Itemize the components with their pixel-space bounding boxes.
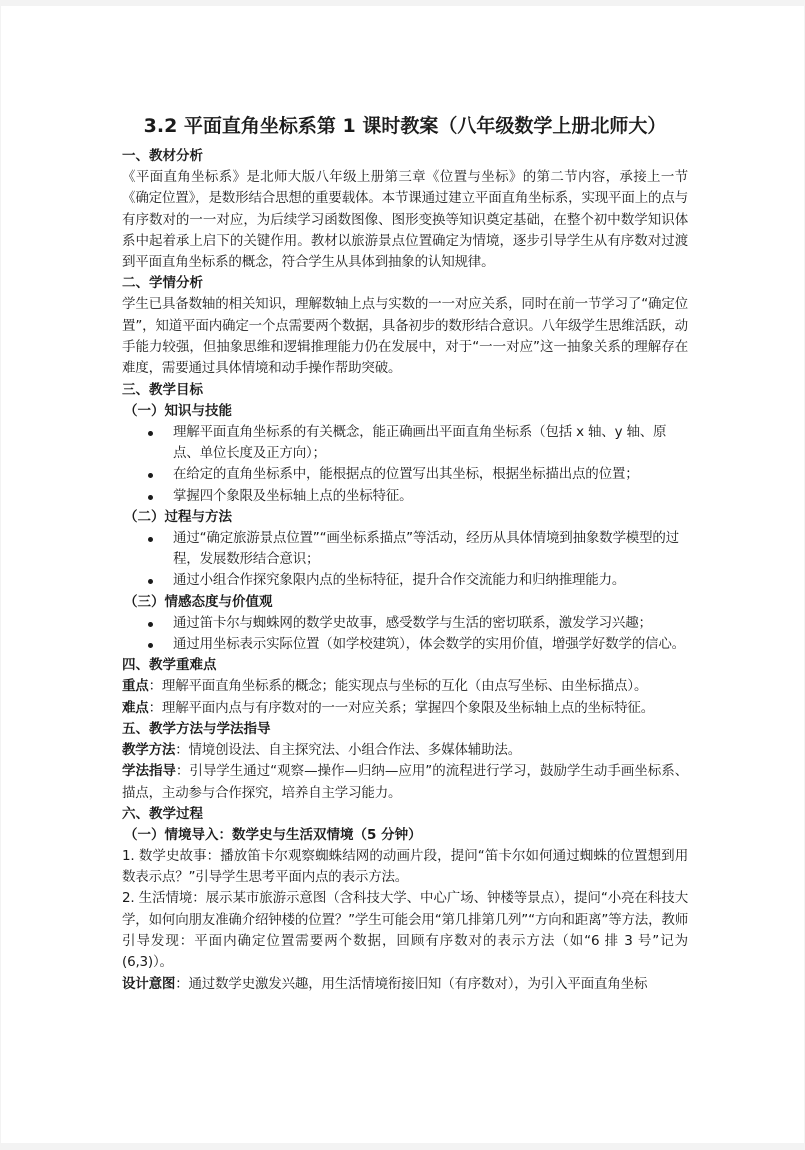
- list-item-text: 理解平面直角坐标系的有关概念，能正确画出平面直角坐标系（包括 x 轴、y 轴、原…: [173, 424, 666, 461]
- knowledge-skills-list: 理解平面直角坐标系的有关概念，能正确画出平面直角坐标系（包括 x 轴、y 轴、原…: [122, 422, 688, 507]
- subheading-scenario-intro: （一）情境导入：数学史与生活双情境（5 分钟）: [122, 825, 688, 846]
- learning-guide-text: ：引导学生通过“观察—操作—归纳—应用”的流程进行学习，鼓励学生动手画坐标系、描…: [122, 763, 688, 800]
- key-point-text: ：理解平面直角坐标系的概念；能实现点与坐标的互化（由点写坐标、由坐标描点）。: [149, 678, 648, 694]
- life-scenario-paragraph: 2. 生活情境：展示某市旅游示意图（含科技大学、中心广场、钟楼等景点），提问“小…: [122, 888, 688, 973]
- learning-guide-label: 学法指导: [122, 763, 176, 779]
- subheading-knowledge-skills: （一）知识与技能: [122, 401, 688, 422]
- difficult-point-text: ：理解平面内点与有序数对的一一对应关系；掌握四个象限及坐标轴上点的坐标特征。: [149, 700, 654, 716]
- list-item-text: 在给定的直角坐标系中，能根据点的位置写出其坐标，根据坐标描出点的位置；: [173, 466, 639, 482]
- subheading-attitudes-values: （三）情感态度与价值观: [122, 592, 688, 613]
- list-item-text: 通过笛卡尔与蜘蛛网的数学史故事，感受数学与生活的密切联系，激发学习兴趣；: [173, 615, 652, 631]
- list-item-text: 通过小组合作探究象限内点的坐标特征，提升合作交流能力和归纳推理能力。: [173, 572, 625, 588]
- bullet-icon: [148, 622, 153, 627]
- bullet-icon: [148, 431, 153, 436]
- teaching-method-text: ：情境创设法、自主探究法、小组合作法、多媒体辅助法。: [175, 742, 521, 758]
- bullet-icon: [148, 473, 153, 478]
- design-intent-label: 设计意图: [122, 976, 175, 992]
- math-history-paragraph: 1. 数学史故事：播放笛卡尔观察蜘蛛结网的动画片段，提问“笛卡尔如何通过蜘蛛的位…: [122, 846, 688, 889]
- textbook-analysis-paragraph: 《平面直角坐标系》是北师大版八年级上册第三章《位置与坐标》的第二节内容，承接上一…: [122, 167, 688, 273]
- student-analysis-paragraph: 学生已具备数轴的相关知识，理解数轴上点与实数的一一对应关系，同时在前一节学习了“…: [122, 294, 688, 379]
- difficult-point-paragraph: 难点：理解平面内点与有序数对的一一对应关系；掌握四个象限及坐标轴上点的坐标特征。: [122, 698, 688, 719]
- teaching-method-label: 教学方法: [122, 742, 175, 758]
- section-heading-teaching-goals: 三、教学目标: [122, 380, 688, 401]
- key-point-paragraph: 重点：理解平面直角坐标系的概念；能实现点与坐标的互化（由点写坐标、由坐标描点）。: [122, 676, 688, 697]
- bullet-icon: [148, 537, 153, 542]
- list-item: 理解平面直角坐标系的有关概念，能正确画出平面直角坐标系（包括 x 轴、y 轴、原…: [122, 422, 688, 465]
- bullet-icon: [148, 579, 153, 584]
- section-heading-student-analysis: 二、学情分析: [122, 273, 688, 294]
- difficult-point-label: 难点: [122, 700, 149, 716]
- learning-guide-paragraph: 学法指导：引导学生通过“观察—操作—归纳—应用”的流程进行学习，鼓励学生动手画坐…: [122, 761, 688, 804]
- list-item: 通过“确定旅游景点位置”“画坐标系描点”等活动，经历从具体情境到抽象数学模型的过…: [122, 528, 688, 571]
- teaching-method-paragraph: 教学方法：情境创设法、自主探究法、小组合作法、多媒体辅助法。: [122, 740, 688, 761]
- section-heading-methods: 五、教学方法与学法指导: [122, 719, 688, 740]
- bullet-icon: [148, 495, 153, 500]
- list-item-text: 通过用坐标表示实际位置（如学校建筑），体会数学的实用价值，增强学好数学的信心。: [173, 636, 685, 652]
- process-methods-list: 通过“确定旅游景点位置”“画坐标系描点”等活动，经历从具体情境到抽象数学模型的过…: [122, 528, 688, 592]
- list-item: 在给定的直角坐标系中，能根据点的位置写出其坐标，根据坐标描出点的位置；: [122, 464, 688, 485]
- section-heading-textbook-analysis: 一、教材分析: [122, 146, 688, 167]
- section-heading-teaching-process: 六、教学过程: [122, 804, 688, 825]
- list-item-text: 掌握四个象限及坐标轴上点的坐标特征。: [173, 488, 412, 504]
- list-item-text: 通过“确定旅游景点位置”“画坐标系描点”等活动，经历从具体情境到抽象数学模型的过…: [173, 530, 679, 567]
- list-item: 掌握四个象限及坐标轴上点的坐标特征。: [122, 486, 688, 507]
- document-page: 3.2 平面直角坐标系第 1 课时教案（八年级数学上册北师大） 一、教材分析 《…: [1, 6, 804, 1143]
- subheading-process-methods: （二）过程与方法: [122, 507, 688, 528]
- section-heading-key-difficult-points: 四、教学重难点: [122, 655, 688, 676]
- document-title: 3.2 平面直角坐标系第 1 课时教案（八年级数学上册北师大）: [122, 112, 688, 140]
- design-intent-paragraph: 设计意图：通过数学史激发兴趣，用生活情境衔接旧知（有序数对），为引入平面直角坐标: [122, 974, 688, 995]
- key-point-label: 重点: [122, 678, 149, 694]
- bullet-icon: [148, 643, 153, 648]
- document-content: 3.2 平面直角坐标系第 1 课时教案（八年级数学上册北师大） 一、教材分析 《…: [122, 112, 688, 995]
- design-intent-text: ：通过数学史激发兴趣，用生活情境衔接旧知（有序数对），为引入平面直角坐标: [175, 976, 647, 992]
- list-item: 通过笛卡尔与蜘蛛网的数学史故事，感受数学与生活的密切联系，激发学习兴趣；: [122, 613, 688, 634]
- attitudes-values-list: 通过笛卡尔与蜘蛛网的数学史故事，感受数学与生活的密切联系，激发学习兴趣； 通过用…: [122, 613, 688, 656]
- list-item: 通过用坐标表示实际位置（如学校建筑），体会数学的实用价值，增强学好数学的信心。: [122, 634, 688, 655]
- list-item: 通过小组合作探究象限内点的坐标特征，提升合作交流能力和归纳推理能力。: [122, 570, 688, 591]
